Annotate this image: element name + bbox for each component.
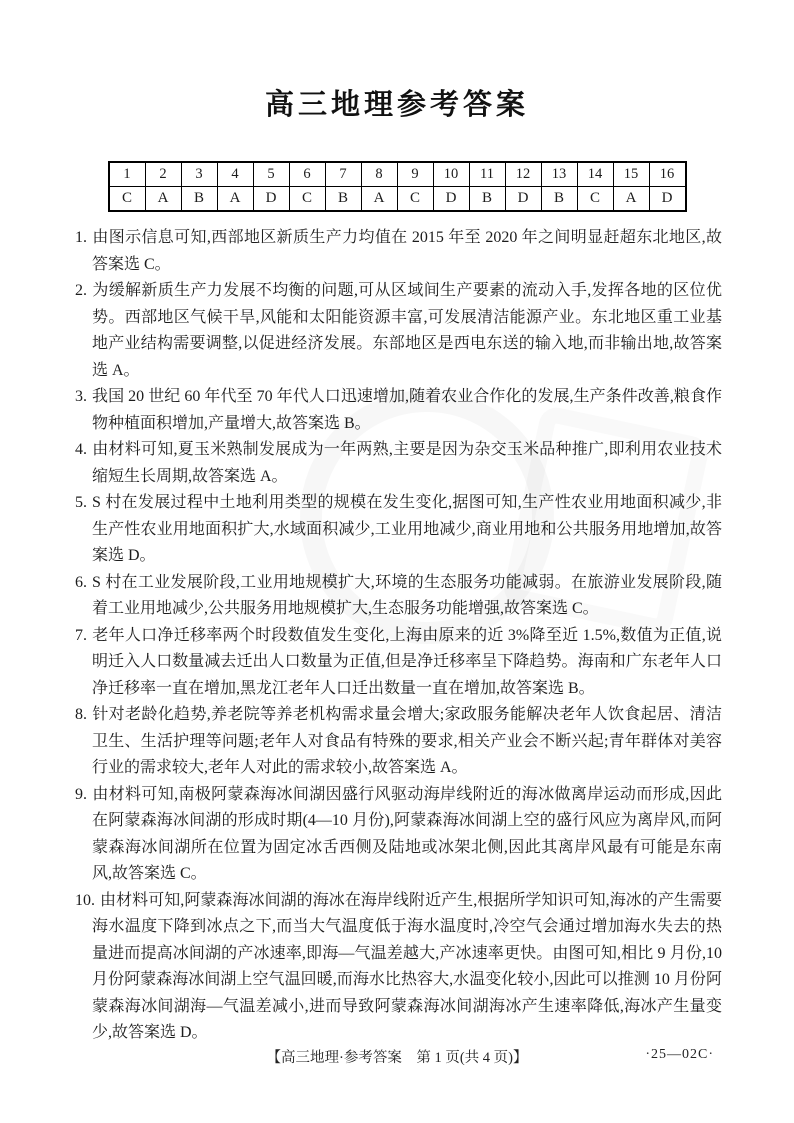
explanation-item-5: 5.S 村在发展过程中土地利用类型的规模在发生变化,据图可知,生产性农业用地面积… xyxy=(75,490,722,570)
answer-letter-cell: B xyxy=(181,187,217,212)
item-number: 1. xyxy=(75,229,87,246)
page-footer: 【高三地理·参考答案 第 1 页(共 4 页)】 ·25—02C· xyxy=(0,1046,794,1067)
item-text: 为缓解新质生产力发展不均衡的问题,可从区域间生产要素的流动入手,发挥各地的区位优… xyxy=(92,282,722,379)
item-number: 6. xyxy=(75,574,87,591)
answer-letter-cell: C xyxy=(577,187,613,212)
item-text: S 村在工业发展阶段,工业用地规模扩大,环境的生态服务功能减弱。在旅游业发展阶段… xyxy=(92,574,722,618)
answer-letter-cell: D xyxy=(433,187,469,212)
explanation-item-6: 6.S 村在工业发展阶段,工业用地规模扩大,环境的生态服务功能减弱。在旅游业发展… xyxy=(75,570,722,623)
item-number: 2. xyxy=(75,282,87,299)
answer-letter-cell: A xyxy=(217,187,253,212)
answer-letter-cell: B xyxy=(325,187,361,212)
answer-table-answer-row: C A B A D C B A C D B D B C A D xyxy=(109,187,686,212)
question-number-cell: 11 xyxy=(469,162,505,187)
item-number: 7. xyxy=(75,627,87,644)
item-number: 9. xyxy=(75,786,87,803)
item-number: 4. xyxy=(75,441,87,458)
question-number-cell: 10 xyxy=(433,162,469,187)
item-text: 由材料可知,阿蒙森海冰间湖的海冰在海岸线附近产生,根据所学知识可知,海冰的产生需… xyxy=(92,892,722,1042)
answer-letter-cell: A xyxy=(361,187,397,212)
explanation-item-10: 10.由材料可知,阿蒙森海冰间湖的海冰在海岸线附近产生,根据所学知识可知,海冰的… xyxy=(75,888,722,1047)
answer-letter-cell: B xyxy=(469,187,505,212)
explanation-item-2: 2.为缓解新质生产力发展不均衡的问题,可从区域间生产要素的流动入手,发挥各地的区… xyxy=(75,278,722,384)
answer-letter-cell: A xyxy=(145,187,181,212)
answer-letter-cell: D xyxy=(649,187,686,212)
question-number-cell: 13 xyxy=(541,162,577,187)
answer-letter-cell: B xyxy=(541,187,577,212)
question-number-cell: 12 xyxy=(505,162,541,187)
page-title: 高三地理参考答案 xyxy=(0,0,794,123)
explanation-list: 1.由图示信息可知,西部地区新质生产力均值在 2015 年至 2020 年之间明… xyxy=(75,225,722,1047)
question-number-cell: 6 xyxy=(289,162,325,187)
explanation-item-4: 4.由材料可知,夏玉米熟制发展成为一年两熟,主要是因为杂交玉米品种推广,即利用农… xyxy=(75,437,722,490)
question-number-cell: 9 xyxy=(397,162,433,187)
answer-letter-cell: C xyxy=(109,187,146,212)
document-page: 高三地理参考答案 1 2 3 4 5 6 7 8 9 10 11 12 13 1… xyxy=(0,0,794,1123)
answer-table: 1 2 3 4 5 6 7 8 9 10 11 12 13 14 15 16 C… xyxy=(108,161,687,212)
question-number-cell: 14 xyxy=(577,162,613,187)
item-text: 针对老龄化趋势,养老院等养老机构需求量会增大;家政服务能解决老年人饮食起居、清洁… xyxy=(92,706,722,776)
answer-letter-cell: C xyxy=(397,187,433,212)
question-number-cell: 3 xyxy=(181,162,217,187)
answer-letter-cell: A xyxy=(613,187,649,212)
item-number: 10. xyxy=(75,892,95,909)
item-number: 3. xyxy=(75,388,87,405)
item-text: 老年人口净迁移率两个时段数值发生变化,上海由原来的近 3%降至近 1.5%,数值… xyxy=(92,627,722,697)
question-number-cell: 2 xyxy=(145,162,181,187)
question-number-cell: 15 xyxy=(613,162,649,187)
question-number-cell: 8 xyxy=(361,162,397,187)
explanation-item-3: 3.我国 20 世纪 60 年代至 70 年代人口迅速增加,随着农业合作化的发展… xyxy=(75,384,722,437)
question-number-cell: 7 xyxy=(325,162,361,187)
explanation-item-1: 1.由图示信息可知,西部地区新质生产力均值在 2015 年至 2020 年之间明… xyxy=(75,225,722,278)
question-number-cell: 16 xyxy=(649,162,686,187)
answer-letter-cell: C xyxy=(289,187,325,212)
item-text: S 村在发展过程中土地利用类型的规模在发生变化,据图可知,生产性农业用地面积减少… xyxy=(92,494,722,564)
answer-letter-cell: D xyxy=(505,187,541,212)
item-number: 8. xyxy=(75,706,87,723)
footer-paper-code: ·25—02C· xyxy=(645,1047,714,1063)
explanation-item-8: 8.针对老龄化趋势,养老院等养老机构需求量会增大;家政服务能解决老年人饮食起居、… xyxy=(75,702,722,782)
item-text: 由材料可知,夏玉米熟制发展成为一年两熟,主要是因为杂交玉米品种推广,即利用农业技… xyxy=(92,441,722,485)
explanation-item-7: 7.老年人口净迁移率两个时段数值发生变化,上海由原来的近 3%降至近 1.5%,… xyxy=(75,623,722,703)
item-text: 由图示信息可知,西部地区新质生产力均值在 2015 年至 2020 年之间明显赶… xyxy=(92,229,722,273)
item-number: 5. xyxy=(75,494,87,511)
answer-letter-cell: D xyxy=(253,187,289,212)
item-text: 我国 20 世纪 60 年代至 70 年代人口迅速增加,随着农业合作化的发展,生… xyxy=(92,388,722,432)
answer-table-number-row: 1 2 3 4 5 6 7 8 9 10 11 12 13 14 15 16 xyxy=(109,162,686,187)
question-number-cell: 4 xyxy=(217,162,253,187)
footer-page-label: 【高三地理·参考答案 第 1 页(共 4 页)】 xyxy=(267,1050,528,1066)
question-number-cell: 1 xyxy=(109,162,146,187)
item-text: 由材料可知,南极阿蒙森海冰间湖因盛行风驱动海岸线附近的海冰做离岸运动而形成,因此… xyxy=(92,786,722,883)
explanation-item-9: 9.由材料可知,南极阿蒙森海冰间湖因盛行风驱动海岸线附近的海冰做离岸运动而形成,… xyxy=(75,782,722,888)
question-number-cell: 5 xyxy=(253,162,289,187)
